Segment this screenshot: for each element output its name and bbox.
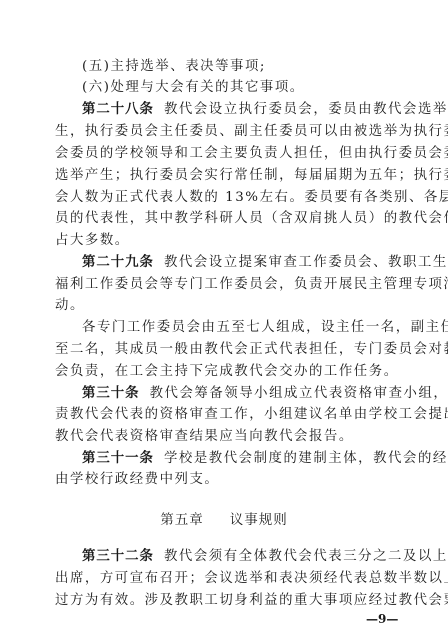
paragraph-line: 至二名，其成员一般由教代会正式代表担任，专门委员会对教代 xyxy=(55,340,395,360)
line-text: 教代会代表资格审查结果应当向教代会报告。 xyxy=(55,429,354,444)
line-text: 教代会设立提案审查工作委员会、教职工生活 xyxy=(164,255,448,270)
line-text: 过方为有效。涉及教职工切身利益的重大事项应经过教代会票决 xyxy=(55,593,448,608)
paragraph-line: 由学校行政经费中列支。 xyxy=(55,470,395,490)
page-number: —9— xyxy=(366,612,398,626)
paragraph-line: 责教代会代表的资格审查工作，小组建议名单由学校工会提出。 xyxy=(55,405,395,425)
paragraph-line: 选举产生；执行委员会实行常任制，每届届期为五年；执行委员 xyxy=(55,166,395,186)
paragraph-line: 动。 xyxy=(55,296,395,316)
line-text: 选举产生；执行委员会实行常任制，每届届期为五年；执行委员 xyxy=(55,168,448,183)
article-29-heading-line: 第二十九条教代会设立提案审查工作委员会、教职工生活 xyxy=(55,253,395,273)
line-text: 至二名，其成员一般由教代会正式代表担任，专门委员会对教代 xyxy=(55,342,448,357)
paragraph-line: 员的代表性，其中教学科研人员（含双肩挑人员）的教代会代表 xyxy=(55,209,395,229)
line-text: 出席，方可宣布召开；会议选举和表决须经代表总数半数以上通 xyxy=(55,571,448,586)
line-text: 会人数为正式代表人数的 13%左右。委员要有各类别、各层次人 xyxy=(55,190,448,205)
paragraph-line: 过方为有效。涉及教职工切身利益的重大事项应经过教代会票决 xyxy=(55,591,395,611)
line-text: 福利工作委员会等专门工作委员会，负责开展民主管理专项活 xyxy=(55,277,448,292)
line-text: 教代会筹备领导小组成立代表资格审查小组，负 xyxy=(150,386,448,401)
paragraph-line: 出席，方可宣布召开；会议选举和表决须经代表总数半数以上通 xyxy=(55,569,395,589)
line-text: 员的代表性，其中教学科研人员（含双肩挑人员）的教代会代表 xyxy=(55,211,448,226)
chapter-heading: 第五章议事规则 xyxy=(0,508,448,528)
paragraph-line: 教代会代表资格审查结果应当向教代会报告。 xyxy=(55,427,395,447)
article-30-heading-line: 第三十条教代会筹备领导小组成立代表资格审查小组，负 xyxy=(55,384,395,404)
paragraph-line: 福利工作委员会等专门工作委员会，负责开展民主管理专项活 xyxy=(55,275,395,295)
line-text: 教代会须有全体教代会代表三分之二及以上 xyxy=(164,549,448,564)
line-text: 占大多数。 xyxy=(55,233,130,248)
line-text: 由学校行政经费中列支。 xyxy=(55,472,219,487)
article-number: 第三十一条 xyxy=(82,451,154,466)
paragraph-line: (五)主持选举、表决等事项; xyxy=(55,57,395,77)
line-text: 会负责，在工会主持下完成教代会交办的工作任务。 xyxy=(55,364,399,379)
line-text: (六)处理与大会有关的其它事项。 xyxy=(82,80,305,95)
paragraph-line: 占大多数。 xyxy=(55,231,395,251)
article-number: 第三十条 xyxy=(82,386,140,401)
chapter-number: 第五章 xyxy=(160,508,204,528)
paragraph-line: 生，执行委员会主任委员、副主任委员可以由被选举为执行委员 xyxy=(55,122,395,142)
document-page: (五)主持选举、表决等事项; (六)处理与大会有关的其它事项。 第二十八条教代会… xyxy=(0,0,448,634)
line-text: 各专门工作委员会由五至七人组成，设主任一名，副主任一 xyxy=(82,320,448,335)
article-number: 第二十九条 xyxy=(82,255,154,270)
line-text: (五)主持选举、表决等事项; xyxy=(82,59,266,74)
paragraph-line: 各专门工作委员会由五至七人组成，设主任一名，副主任一 xyxy=(55,318,395,338)
article-number: 第二十八条 xyxy=(82,102,154,117)
paragraph-line: 会人数为正式代表人数的 13%左右。委员要有各类别、各层次人 xyxy=(55,188,395,208)
chapter-title: 议事规则 xyxy=(230,508,288,528)
paragraph-line: 会负责，在工会主持下完成教代会交办的工作任务。 xyxy=(55,362,395,382)
article-32-heading-line: 第三十二条教代会须有全体教代会代表三分之二及以上 xyxy=(55,547,395,567)
article-number: 第三十二条 xyxy=(82,549,154,564)
line-text: 教代会设立执行委员会，委员由教代会选举产 xyxy=(164,102,448,117)
paragraph-line: (六)处理与大会有关的其它事项。 xyxy=(55,78,395,98)
line-text: 学校是教代会制度的建制主体，教代会的经费 xyxy=(164,451,448,466)
line-text: 会委员的学校领导和工会主要负责人担任，但由执行委员会委员 xyxy=(55,146,448,161)
article-31-heading-line: 第三十一条学校是教代会制度的建制主体，教代会的经费 xyxy=(55,449,395,469)
line-text: 动。 xyxy=(55,298,85,313)
line-text: 生，执行委员会主任委员、副主任委员可以由被选举为执行委员 xyxy=(55,124,448,139)
line-text: 责教代会代表的资格审查工作，小组建议名单由学校工会提出。 xyxy=(55,407,448,422)
article-28-heading-line: 第二十八条教代会设立执行委员会，委员由教代会选举产 xyxy=(55,100,395,120)
paragraph-line: 会委员的学校领导和工会主要负责人担任，但由执行委员会委员 xyxy=(55,144,395,164)
